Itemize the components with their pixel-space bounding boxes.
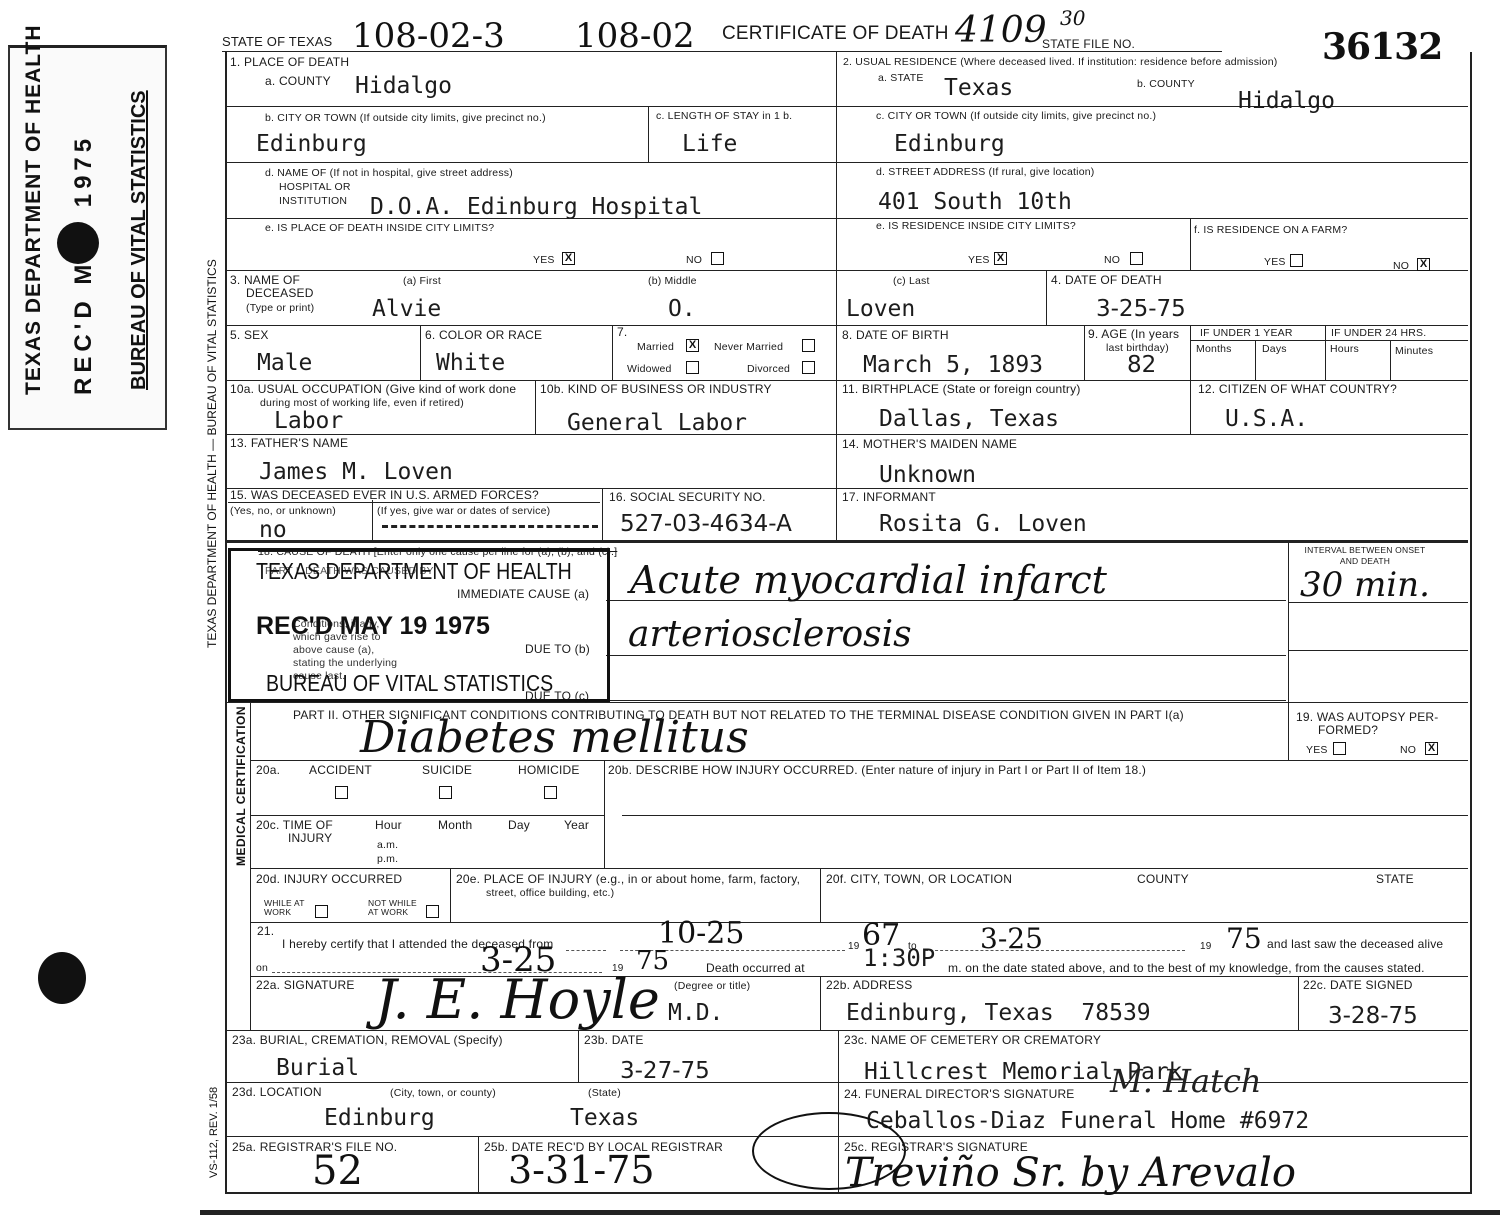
cause-line: [606, 655, 1286, 656]
immediate-cause-value: Acute myocardial infarct: [630, 558, 1107, 602]
physician-signature: J. E. Hoyle: [375, 968, 660, 1031]
death-occurred-label: Death occurred at: [706, 962, 805, 975]
armed-forces-value: no: [259, 517, 287, 543]
handwritten-code-3: 4109: [955, 10, 1047, 51]
on-label: on: [256, 962, 268, 975]
citizen-label: 12. CITIZEN OF WHAT COUNTRY?: [1198, 383, 1397, 396]
street-address-label: d. STREET ADDRESS (If rural, give locati…: [876, 166, 1094, 179]
residence-heading: 2. USUAL RESIDENCE (Where deceased lived…: [843, 56, 1277, 69]
form-number: VS-112, REV. 1/58: [208, 1087, 220, 1178]
row-rule: [225, 540, 1468, 543]
col-rule: [820, 868, 821, 922]
punch-hole: [57, 222, 99, 264]
death-city-value: Edinburg: [256, 131, 367, 157]
date-signed-value: 3-28-75: [1328, 1003, 1418, 1029]
side-stamp-line2: REC'D MAY 1975: [70, 134, 98, 395]
middle-name-label: (b) Middle: [648, 275, 697, 288]
farm-yes-checkbox[interactable]: [1290, 254, 1303, 267]
death-inside-yes-label: YES: [533, 254, 555, 267]
funeral-home-value: Ceballos-Diaz Funeral Home #6972: [866, 1108, 1309, 1134]
injury-city-label: 20f. CITY, TOWN, OR LOCATION: [826, 873, 1012, 886]
not-while-at-work-label: NOT WHILE AT WORK: [368, 899, 426, 917]
date-received-value: 3-31-75: [508, 1148, 655, 1192]
residence-inside-limits-label: e. IS RESIDENCE INSIDE CITY LIMITS?: [876, 220, 1076, 233]
birthplace-value: Dallas, Texas: [879, 406, 1059, 432]
col-rule: [602, 488, 603, 540]
col-rule: [1190, 218, 1191, 270]
funeral-director-signature: M. Hatch: [1110, 1062, 1261, 1100]
dob-value: March 5, 1893: [863, 352, 1043, 378]
mother-label: 14. MOTHER'S MAIDEN NAME: [842, 438, 1017, 451]
col-rule: [604, 760, 605, 868]
never-married-label: Never Married: [714, 341, 783, 354]
injury-county-label: COUNTY: [1137, 873, 1189, 886]
col-rule: [1255, 340, 1256, 380]
autopsy-no-label: NO: [1400, 744, 1416, 757]
occupation-label-1: 10a. USUAL OCCUPATION (Give kind of work…: [230, 383, 516, 396]
first-name-label: (a) First: [403, 275, 441, 288]
married-label: Married: [637, 341, 674, 354]
to-year-prefix: 19: [1200, 940, 1212, 953]
cert-text-2: and last saw the deceased alive: [1267, 938, 1443, 951]
date-of-death-value: 3-25-75: [1096, 296, 1186, 322]
col-rule: [478, 1136, 479, 1192]
accident-checkbox[interactable]: [335, 786, 348, 799]
minutes-label: Minutes: [1395, 345, 1433, 358]
never-married-checkbox[interactable]: [802, 339, 815, 352]
informant-label: 17. INFORMANT: [842, 491, 936, 504]
row-rule: [1190, 340, 1468, 341]
row-rule: [228, 502, 600, 503]
death-county-label: a. COUNTY: [265, 75, 331, 88]
cause-line: [606, 700, 1286, 701]
length-of-stay-value: Life: [682, 131, 737, 157]
date-signed-label: 22c. DATE SIGNED: [1303, 979, 1413, 992]
residence-inside-yes-checkbox[interactable]: X: [994, 252, 1007, 265]
street-address-value: 401 South 10th: [878, 189, 1072, 215]
degree-label: (Degree or title): [674, 980, 750, 993]
residence-state-value: Texas: [944, 75, 1013, 101]
hours-label: Hours: [1330, 343, 1359, 356]
marital-label: 7.: [617, 326, 627, 339]
document-title: CERTIFICATE OF DEATH: [722, 24, 949, 44]
birthplace-label: 11. BIRTHPLACE (State or foreign country…: [842, 383, 1081, 396]
received-stamp-line3: BUREAU OF VITAL STATISTICS: [266, 670, 553, 697]
row-rule: [250, 922, 1468, 923]
business-value: General Labor: [567, 410, 747, 436]
dob-label: 8. DATE OF BIRTH: [842, 329, 949, 342]
received-stamp-line2: REC'D MAY 19 1975: [256, 612, 490, 641]
day-label: Day: [508, 819, 530, 832]
hospital-label-3: INSTITUTION: [279, 195, 347, 208]
col-rule: [420, 325, 421, 380]
place-of-death-heading: 1. PLACE OF DEATH: [230, 56, 349, 69]
year-label: Year: [564, 819, 589, 832]
citizen-value: U.S.A.: [1225, 406, 1308, 432]
col-rule: [250, 702, 251, 1030]
row-rule: [225, 380, 1468, 381]
father-label: 13. FATHER'S NAME: [230, 437, 348, 450]
middle-name-value: O.: [668, 296, 696, 322]
married-checkbox[interactable]: X: [686, 339, 699, 352]
cert-text-3: m. on the date stated above, and to the …: [948, 962, 1425, 975]
length-of-stay-label: c. LENGTH OF STAY in 1 b.: [656, 110, 806, 123]
col-rule: [578, 1030, 579, 1082]
death-time-value: 1:30P: [863, 945, 935, 971]
date-of-death-label: 4. DATE OF DEATH: [1051, 274, 1162, 287]
row-rule: [250, 868, 1468, 869]
due-to-b-value: arteriosclerosis: [628, 614, 912, 655]
ssn-label: 16. SOCIAL SECURITY NO.: [609, 491, 766, 504]
divorced-label: Divorced: [747, 363, 790, 376]
row-rule: [225, 1082, 1468, 1083]
while-at-work-label: WHILE AT WORK: [264, 899, 314, 917]
widowed-label: Widowed: [627, 363, 672, 376]
name-label-3: (Type or print): [246, 302, 314, 315]
col-rule: [1046, 270, 1047, 325]
cause-line: [1288, 650, 1468, 651]
bottom-scan-edge: [200, 1210, 1500, 1215]
row-rule: [225, 162, 1468, 163]
handwritten-code-2: 108-02: [575, 16, 695, 56]
death-inside-limits-label: e. IS PLACE OF DEATH INSIDE CITY LIMITS?: [265, 222, 494, 235]
burial-date-label: 23b. DATE: [584, 1034, 644, 1047]
under-24-hrs-label: IF UNDER 24 HRS.: [1331, 327, 1426, 340]
punch-hole: [38, 952, 86, 1004]
col-rule: [1390, 340, 1391, 380]
death-inside-no-checkbox[interactable]: [711, 252, 724, 265]
state-of-texas-label: STATE OF TEXAS: [222, 35, 332, 48]
cemetery-label: 23c. NAME OF CEMETERY OR CREMATORY: [844, 1034, 1101, 1047]
armed-forces-label: 15. WAS DECEASED EVER IN U.S. ARMED FORC…: [230, 489, 539, 502]
handwritten-code-1: 108-02-3: [352, 16, 505, 56]
race-value: White: [436, 350, 505, 376]
disposition-value: Burial: [276, 1055, 359, 1081]
suicide-label: SUICIDE: [422, 764, 472, 777]
disposition-label: 23a. BURIAL, CREMATION, REMOVAL (Specify…: [232, 1034, 503, 1047]
degree-value: M.D.: [668, 1000, 723, 1026]
farm-no-label: NO: [1393, 260, 1409, 273]
row-rule: [225, 270, 1468, 271]
col-rule: [648, 106, 649, 162]
cause-line: [1288, 602, 1468, 603]
funeral-director-label: 24. FUNERAL DIRECTOR'S SIGNATURE: [844, 1088, 1075, 1101]
hospital-label-1: d. NAME OF (If not in hospital, give str…: [265, 167, 513, 180]
col-rule: [535, 380, 536, 434]
months-label: Months: [1196, 343, 1232, 356]
race-label: 6. COLOR OR RACE: [425, 329, 542, 342]
age-value: 82: [1127, 352, 1156, 378]
residence-inside-no-checkbox[interactable]: [1130, 252, 1143, 265]
business-label: 10b. KIND OF BUSINESS OR INDUSTRY: [540, 383, 772, 396]
fill-line: [925, 950, 1185, 951]
burial-location-sub: (City, town, or county): [390, 1087, 496, 1100]
farm-yes-label: YES: [1264, 256, 1286, 269]
place-of-injury-label-1: 20e. PLACE OF INJURY (e.g., in or about …: [456, 873, 800, 886]
ssn-value: 527-03-4634-A: [620, 511, 792, 537]
autopsy-yes-checkbox[interactable]: [1333, 742, 1346, 755]
residence-city-label: c. CITY OR TOWN (If outside city limits,…: [876, 110, 1156, 123]
farm-no-checkbox[interactable]: X: [1417, 258, 1430, 271]
death-inside-yes-checkbox[interactable]: X: [562, 252, 575, 265]
place-of-injury-label-2: street, office building, etc.): [486, 887, 614, 900]
cert-number: 21.: [257, 925, 274, 938]
dash-fill: [382, 525, 598, 528]
vertical-caption: TEXAS DEPARTMENT OF HEALTH — BUREAU OF V…: [205, 259, 219, 648]
col-rule: [612, 325, 613, 380]
first-name-value: Alvie: [372, 296, 441, 322]
injury-line: [622, 815, 1468, 816]
informant-value: Rosita G. Loven: [879, 511, 1087, 537]
residence-state-label: a. STATE: [878, 72, 924, 85]
days-label: Days: [1262, 343, 1287, 356]
col-rule: [836, 52, 837, 540]
death-city-label: b. CITY OR TOWN (If outside city limits,…: [265, 112, 546, 125]
col-rule: [1190, 325, 1191, 434]
burial-location-city: Edinburg: [324, 1105, 435, 1131]
month-label: Month: [438, 819, 472, 832]
time-of-injury-label-2: INJURY: [288, 832, 332, 845]
address-label: 22b. ADDRESS: [826, 979, 912, 992]
from-year-prefix: 19: [848, 940, 860, 953]
residence-county-label: b. COUNTY: [1137, 78, 1195, 91]
age-label-1: 9. AGE (In years: [1088, 328, 1179, 341]
attended-to-year: 75: [1226, 922, 1262, 955]
autopsy-no-checkbox[interactable]: X: [1425, 742, 1438, 755]
injury-occurred-label: 20d. INJURY OCCURRED: [256, 873, 402, 886]
hour-label: Hour: [375, 819, 402, 832]
col-rule: [1288, 702, 1289, 760]
last-name-label: (c) Last: [893, 275, 930, 288]
residence-city-value: Edinburg: [894, 131, 1005, 157]
death-inside-no-label: NO: [686, 254, 702, 267]
armed-forces-sub-2: (If yes, give war or dates of service): [377, 505, 550, 518]
handwritten-code-4: 30: [1060, 6, 1085, 30]
col-rule: [372, 500, 373, 540]
autopsy-label-2: FORMED?: [1318, 724, 1378, 737]
injury-state-label: STATE: [1376, 873, 1414, 886]
col-rule: [1325, 325, 1326, 380]
burial-state-sub: (State): [588, 1087, 621, 1100]
hospital-value: D.O.A. Edinburg Hospital: [370, 194, 702, 220]
accident-label: ACCIDENT: [309, 764, 372, 777]
col-rule: [1084, 325, 1085, 380]
farm-label: f. IS RESIDENCE ON A FARM?: [1194, 224, 1347, 237]
occupation-value: Labor: [274, 408, 343, 434]
part2-value: Diabetes mellitus: [360, 712, 749, 763]
row-rule: [225, 325, 1468, 326]
row-rule: [250, 815, 605, 816]
registrar-file-value: 52: [312, 1148, 363, 1194]
autopsy-yes-label: YES: [1306, 744, 1328, 757]
fill-line: [566, 950, 606, 951]
homicide-label: HOMICIDE: [518, 764, 580, 777]
suicide-checkbox[interactable]: [439, 786, 452, 799]
interval-label: INTERVAL BETWEEN ONSET AND DEATH: [1300, 545, 1430, 567]
under-one-year-label: IF UNDER 1 YEAR: [1200, 327, 1293, 340]
pm-label: p.m.: [377, 853, 398, 866]
attended-from-date: 10-25: [658, 916, 744, 951]
not-while-at-work-checkbox[interactable]: [426, 905, 439, 918]
received-stamp-line1: TEXAS DEPARTMENT OF HEALTH: [256, 558, 572, 585]
mother-value: Unknown: [879, 462, 976, 488]
signature-label: 22a. SIGNATURE: [256, 979, 355, 992]
name-label-2: DECEASED: [246, 287, 314, 300]
hospital-label-2: HOSPITAL OR: [279, 181, 351, 194]
sex-label: 5. SEX: [230, 329, 269, 342]
row-rule: [225, 702, 1468, 703]
interval-value: 30 min.: [1300, 565, 1430, 605]
father-value: James M. Loven: [259, 459, 453, 485]
sex-value: Male: [257, 350, 312, 376]
col-rule: [450, 868, 451, 922]
burial-date-value: 3-27-75: [620, 1058, 710, 1084]
last-name-value: Loven: [846, 296, 915, 322]
burial-location-label: 23d. LOCATION: [232, 1086, 322, 1099]
widowed-checkbox[interactable]: [686, 361, 699, 374]
residence-county-value: Hidalgo: [1238, 88, 1335, 114]
residence-inside-yes-label: YES: [968, 254, 990, 267]
row-rule: [225, 434, 1468, 435]
residence-inside-no-label: NO: [1104, 254, 1120, 267]
side-stamp-line3: BUREAU OF VITAL STATISTICS: [128, 90, 151, 390]
registrar-signature: Treviño Sr. by Arevalo: [845, 1150, 1296, 1196]
address-value: Edinburg, Texas 78539: [846, 1000, 1151, 1026]
col-rule: [1298, 976, 1299, 1030]
injury-describe-label: 20b. DESCRIBE HOW INJURY OCCURRED. (Ente…: [608, 764, 1146, 777]
death-county-value: Hidalgo: [355, 73, 452, 99]
while-at-work-checkbox[interactable]: [315, 905, 328, 918]
injury-20a-label: 20a.: [256, 764, 280, 777]
am-label: a.m.: [377, 839, 398, 852]
side-stamp-line1: TEXAS DEPARTMENT OF HEALTH: [22, 24, 46, 395]
burial-location-state: Texas: [570, 1105, 639, 1131]
divorced-checkbox[interactable]: [802, 361, 815, 374]
state-file-label: STATE FILE NO.: [1042, 38, 1135, 51]
homicide-checkbox[interactable]: [544, 786, 557, 799]
col-rule: [820, 976, 821, 1030]
